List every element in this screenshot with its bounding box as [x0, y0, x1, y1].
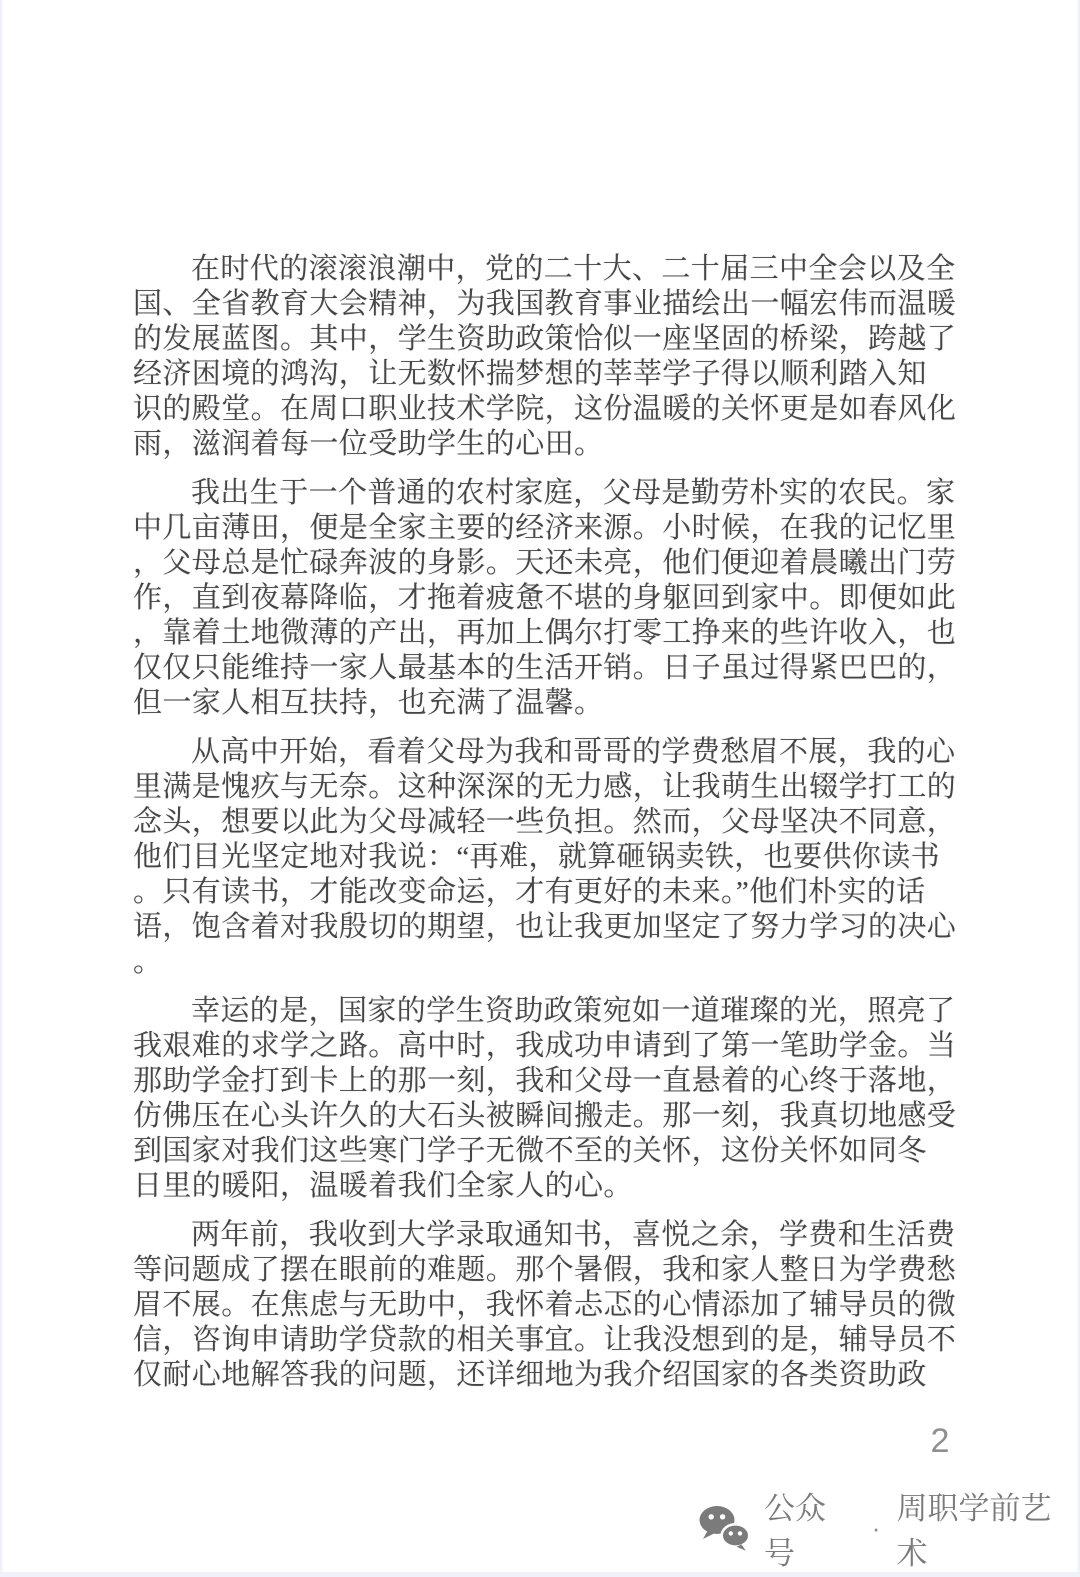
paragraph: 两年前，我收到大学录取通知书，喜悦之余，学费和生活费等问题成了摆在眼前的难题。那…: [133, 1218, 953, 1393]
text-line: 我出生于一个普通的农村家庭，父母是勤劳朴实的农民。家: [133, 476, 953, 511]
footer-platform-label: 公众号: [764, 1483, 856, 1573]
text-line: 作，直到夜幕降临，才拖着疲惫不堪的身躯回到家中。即便如此: [133, 581, 953, 616]
page-left-edge: [0, 0, 4, 1577]
text-line: 经济困境的鸿沟，让无数怀揣梦想的莘莘学子得以顺利踏入知: [133, 357, 953, 392]
text-line: 幸运的是，国家的学生资助政策宛如一道璀璨的光，照亮了: [133, 994, 953, 1029]
text-line: 识的殿堂。在周口职业技术学院，这份温暖的关怀更是如春风化: [133, 392, 953, 427]
text-line: 语，饱含着对我殷切的期望，也让我更加坚定了努力学习的决心: [133, 910, 953, 945]
text-line: 那助学金打到卡上的那一刻，我和父母一直悬着的心终于落地，: [133, 1064, 953, 1099]
text-line: 从高中开始，看着父母为我和哥哥的学费愁眉不展，我的心: [133, 735, 953, 770]
text-line: 雨，滋润着每一位受助学生的心田。: [133, 427, 953, 462]
text-line: ，靠着土地微薄的产出，再加上偶尔打零工挣来的些许收入，也: [133, 616, 953, 651]
text-line: 信，咨询申请助学贷款的相关事宜。让我没想到的是，辅导员不: [133, 1323, 953, 1358]
text-line: 眉不展。在焦虑与无助中，我怀着忐忑的心情添加了辅导员的微: [133, 1288, 953, 1323]
text-line: 他们目光坚定地对我说：“再难，就算砸锅卖铁，也要供你读书: [133, 840, 953, 875]
text-line: 。: [133, 945, 953, 980]
document-body: 在时代的滚滚浪潮中，党的二十大、二十届三中全会以及全国、全省教育大会精神，为我国…: [133, 252, 953, 1393]
text-line: 但一家人相互扶持，也充满了温馨。: [133, 686, 953, 721]
wechat-account-footer: 公众号 · 周职学前艺术: [698, 1504, 1080, 1552]
text-line: 等问题成了摆在眼前的难题。那个暑假，我和家人整日为学费愁: [133, 1253, 953, 1288]
page-number: 2: [905, 1424, 975, 1458]
text-line: 国、全省教育大会精神，为我国教育事业描绘出一幅宏伟而温暖: [133, 287, 953, 322]
paragraph: 从高中开始，看着父母为我和哥哥的学费愁眉不展，我的心里满是愧疚与无奈。这种深深的…: [133, 735, 953, 980]
text-line: 中几亩薄田，便是全家主要的经济来源。小时候，在我的记忆里: [133, 511, 953, 546]
paragraph: 我出生于一个普通的农村家庭，父母是勤劳朴实的农民。家中几亩薄田，便是全家主要的经…: [133, 476, 953, 721]
text-line: 两年前，我收到大学录取通知书，喜悦之余，学费和生活费: [133, 1218, 953, 1253]
text-line: 到国家对我们这些寒门学子无微不至的关怀，这份关怀如同冬: [133, 1134, 953, 1169]
paragraph: 幸运的是，国家的学生资助政策宛如一道璀璨的光，照亮了我艰难的求学之路。高中时，我…: [133, 994, 953, 1204]
text-line: 。只有读书，才能改变命运，才有更好的未来。”他们朴实的话: [133, 875, 953, 910]
text-line: 仅仅只能维持一家人最基本的生活开销。日子虽过得紧巴巴的，: [133, 651, 953, 686]
text-line: 仿佛压在心头许久的大石头被瞬间搬走。那一刻，我真切地感受: [133, 1099, 953, 1134]
text-line: 的发展蓝图。其中，学生资助政策恰似一座坚固的桥梁，跨越了: [133, 322, 953, 357]
paragraph: 在时代的滚滚浪潮中，党的二十大、二十届三中全会以及全国、全省教育大会精神，为我国…: [133, 252, 953, 462]
footer-account-name: 周职学前艺术: [896, 1483, 1080, 1573]
text-line: 里满是愧疚与无奈。这种深深的无力感，让我萌生出辍学打工的: [133, 770, 953, 805]
text-line: 仅耐心地解答我的问题，还详细地为我介绍国家的各类资助政: [133, 1358, 953, 1393]
text-line: 日里的暖阳，温暖着我们全家人的心。: [133, 1169, 953, 1204]
page-right-edge: [1076, 0, 1080, 1577]
text-line: 我艰难的求学之路。高中时，我成功申请到了第一笔助学金。当: [133, 1029, 953, 1064]
text-line: 念头，想要以此为父母减轻一些负担。然而，父母坚决不同意，: [133, 805, 953, 840]
text-line: 在时代的滚滚浪潮中，党的二十大、二十届三中全会以及全: [133, 252, 953, 287]
footer-separator: ·: [872, 1513, 881, 1544]
wechat-logo-icon: [698, 1505, 750, 1551]
text-line: ，父母总是忙碌奔波的身影。天还未亮，他们便迎着晨曦出门劳: [133, 546, 953, 581]
document-page: 在时代的滚滚浪潮中，党的二十大、二十届三中全会以及全国、全省教育大会精神，为我国…: [0, 0, 1080, 1577]
